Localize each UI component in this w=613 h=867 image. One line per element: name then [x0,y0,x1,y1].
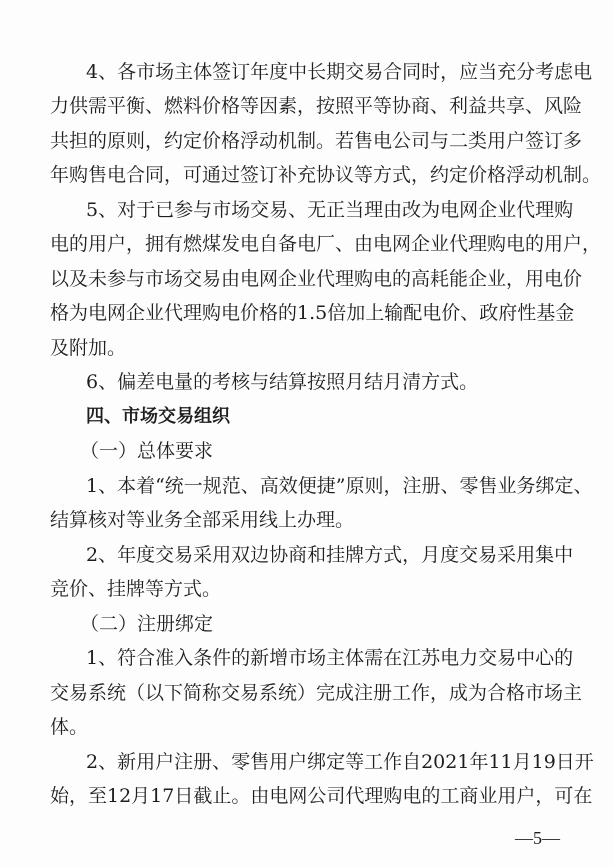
paragraph-4-line-3: 共担的原则，约定价格浮动机制。若售电公司与二类用户签订多 [50,126,567,156]
paragraph-4-line-1: 4、各市场主体签订年度中长期交易合同时，应当充分考虑电 [86,57,567,87]
reg-1-line-3: 体。 [50,712,567,742]
req-1-line-2: 结算核对等业务全部采用线上办理。 [50,505,567,535]
reg-1-line-1: 1、符合准入条件的新增市场主体需在江苏电力交易中心的 [86,643,567,673]
req-1-line-1: 1、本着“统一规范、高效便捷”原则，注册、零售业务绑定、 [86,471,567,501]
paragraph-4-line-4: 年购售电合同，可通过签订补充协议等方式，约定价格浮动机制。 [50,160,567,190]
subsection-heading-2: （二）注册绑定 [80,609,561,639]
reg-1-line-2: 交易系统（以下简称交易系统）完成注册工作，成为合格市场主 [50,678,567,708]
paragraph-4-line-2: 力供需平衡、燃料价格等因素，按照平等协商、利益共享、风险 [50,91,567,121]
paragraph-5-line-3: 以及未参与市场交易由电网企业代理购电的高耗能企业，用电价 [50,264,567,294]
reg-2-line-1: 2、新用户注册、零售用户绑定等工作自2021年11月19日开 [86,747,567,777]
document-page: 4、各市场主体签订年度中长期交易合同时，应当充分考虑电 力供需平衡、燃料价格等因… [0,0,613,867]
paragraph-5-line-4: 格为电网企业代理购电价格的1.5倍加上输配电价、政府性基金 [50,298,567,328]
paragraph-5-line-5: 及附加。 [50,333,567,363]
paragraph-6: 6、偏差电量的考核与结算按照月结月清方式。 [86,367,567,397]
req-2-line-2: 竞价、挂牌等方式。 [50,574,567,604]
paragraph-5-line-1: 5、对于已参与市场交易、无正当理由改为电网企业代理购 [86,195,567,225]
page-number: —5— [515,826,560,850]
subsection-heading-1: （一）总体要求 [80,436,561,466]
reg-2-line-2: 始，至12月17日截止。由电网公司代理购电的工商业用户，可在 [50,781,567,811]
paragraph-5-line-2: 电的用户，拥有燃煤发电自备电厂、由电网企业代理购电的用户， [50,229,567,259]
section-heading-4: 四、市场交易组织 [86,402,567,432]
req-2-line-1: 2、年度交易采用双边协商和挂牌方式，月度交易采用集中 [86,540,567,570]
